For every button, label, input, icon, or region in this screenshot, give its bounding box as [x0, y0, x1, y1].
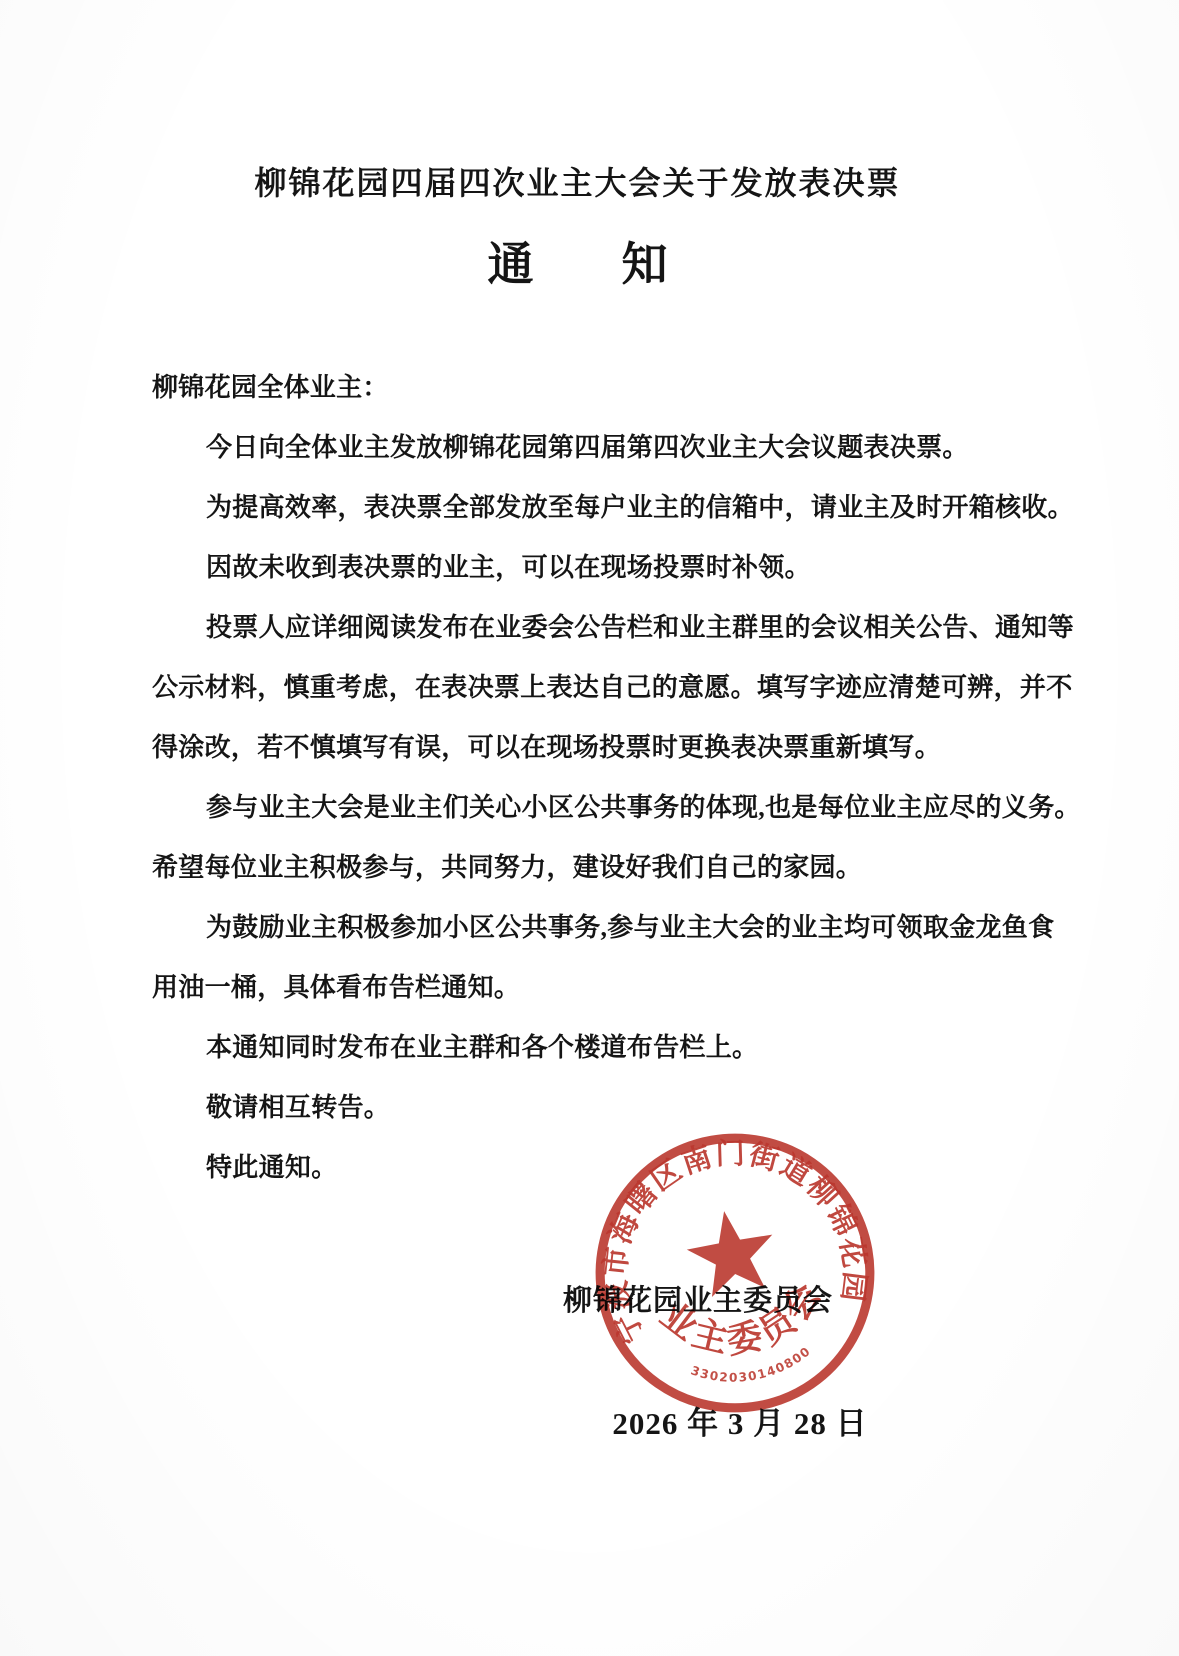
notice-document: 柳锦花园四届四次业主大会关于发放表决票 通 知 柳锦花园全体业主：今日向全体业主… — [0, 0, 1179, 1656]
subtitle-char-2: 知 — [622, 228, 668, 294]
body-line: 希望每位业主积极参与，共同努力，建设好我们自己的家园。 — [152, 838, 1004, 898]
official-seal-stamp: 宁波市海曙区南门街道柳锦花园 业主委员会 3302030140800 — [565, 1103, 906, 1444]
seal-graphic: 宁波市海曙区南门街道柳锦花园 业主委员会 3302030140800 — [565, 1103, 906, 1444]
seal-banner-text: 业主委员会 — [648, 1268, 838, 1373]
body-line: 因故未收到表决票的业主，可以在现场投票时补领。 — [152, 538, 1004, 598]
document-subtitle: 通 知 — [0, 228, 1155, 294]
body-line: 本通知同时发布在业主群和各个楼道布告栏上。 — [152, 1018, 1004, 1078]
body-line: 公示材料，慎重考虑，在表决票上表达自己的意愿。填写字迹应清楚可辨，并不 — [152, 658, 1004, 718]
body-line: 敬请相互转告。 — [152, 1078, 1004, 1138]
body-line: 为提高效率，表决票全部发放至每户业主的信箱中，请业主及时开箱核收。 — [152, 478, 1004, 538]
seal-star-icon — [681, 1204, 781, 1300]
body-line: 今日向全体业主发放柳锦花园第四届第四次业主大会议题表决票。 — [152, 418, 1004, 478]
document-title: 柳锦花园四届四次业主大会关于发放表决票 — [0, 158, 1155, 204]
body-lines: 柳锦花园全体业主：今日向全体业主发放柳锦花园第四届第四次业主大会议题表决票。为提… — [152, 358, 1004, 1198]
body-line: 为鼓励业主积极参加小区公共事务,参与业主大会的业主均可领取金龙鱼食 — [152, 898, 1004, 958]
subtitle-char-1: 通 — [488, 228, 534, 294]
body-line: 得涂改，若不慎填写有误，可以在现场投票时更换表决票重新填写。 — [152, 718, 1004, 778]
body-line: 参与业主大会是业主们关心小区公共事务的体现,也是每位业主应尽的义务。 — [152, 778, 1004, 838]
body-line: 投票人应详细阅读发布在业委会公告栏和业主群里的会议相关公告、通知等 — [152, 598, 1004, 658]
body-line: 柳锦花园全体业主： — [152, 358, 1004, 418]
body-line: 用油一桶，具体看布告栏通知。 — [152, 958, 1004, 1018]
